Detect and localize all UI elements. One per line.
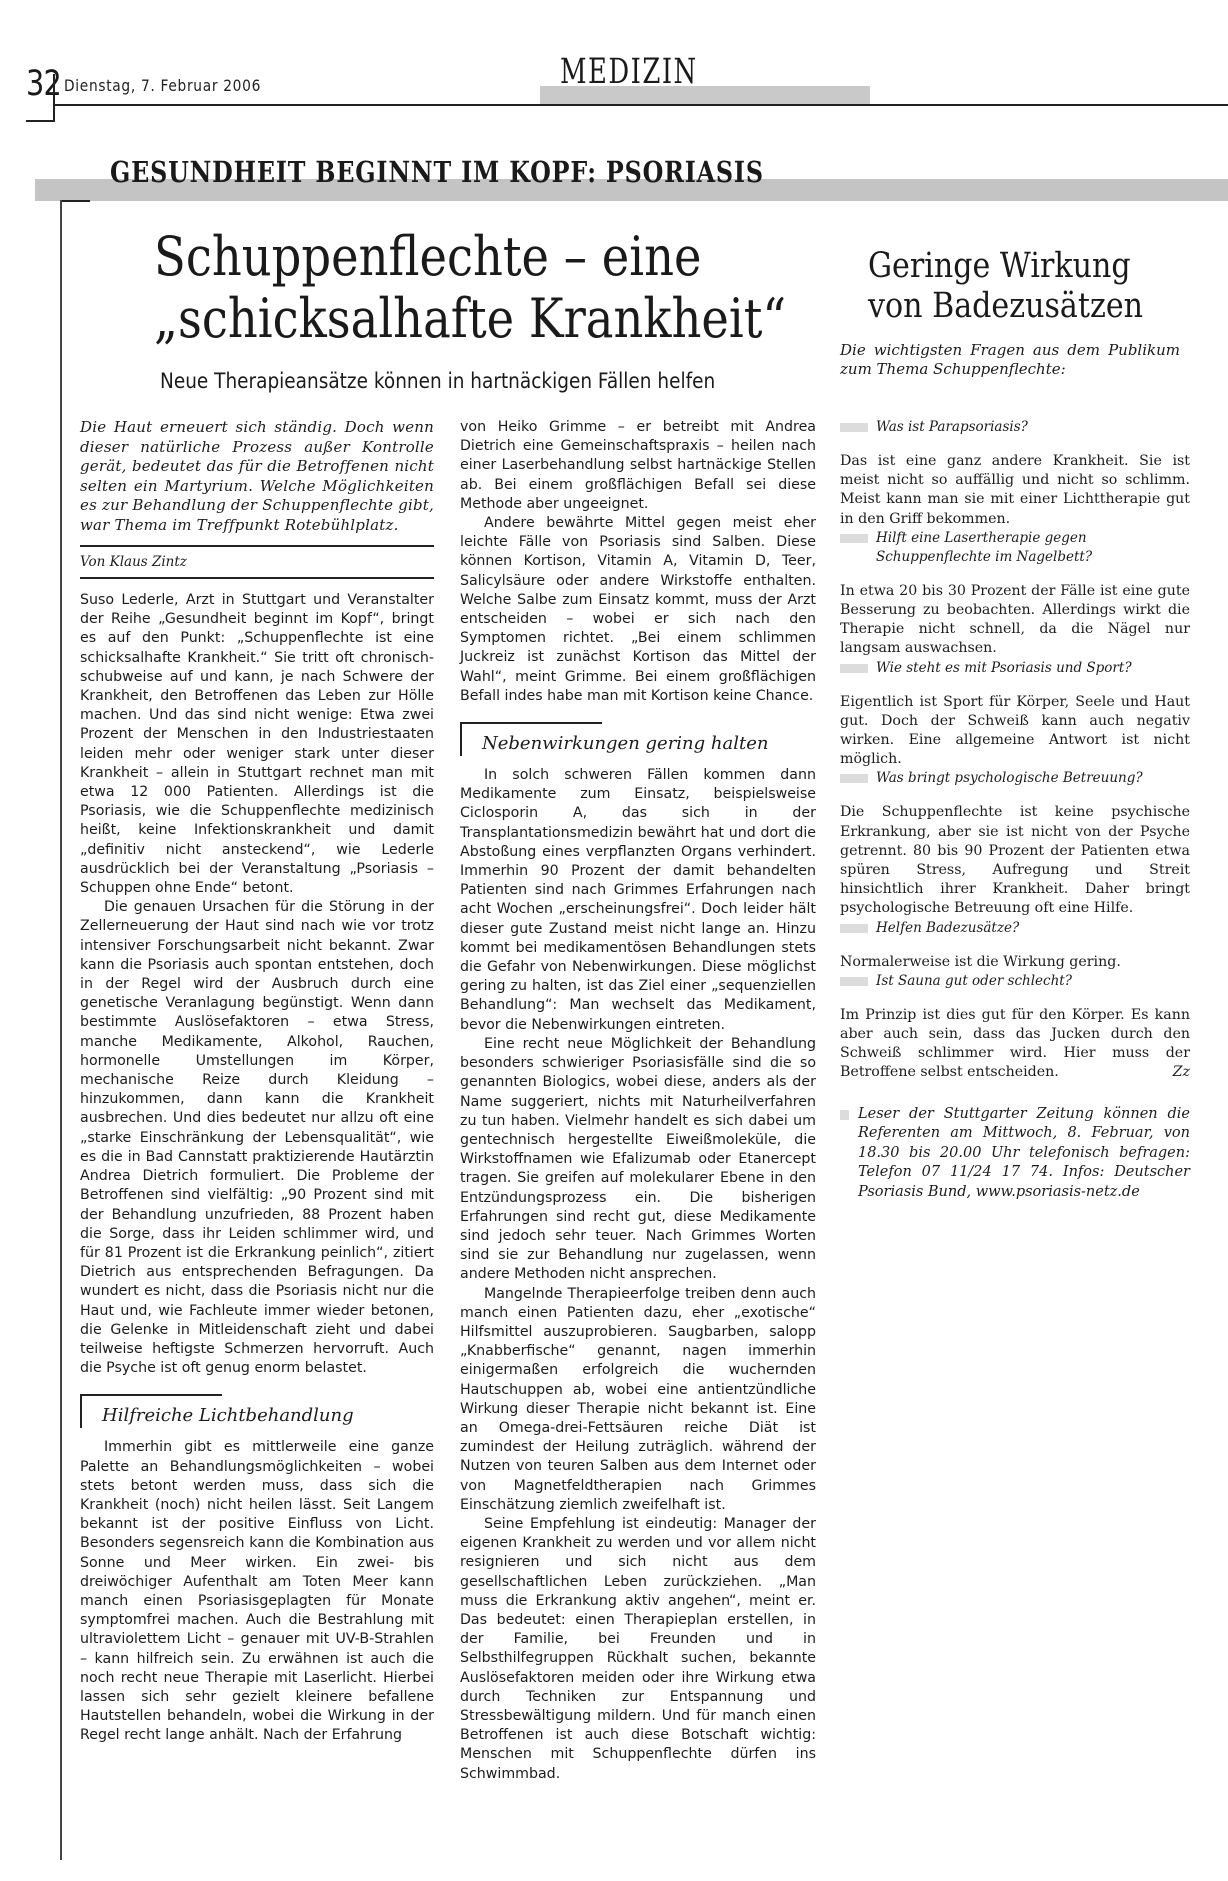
page-number-divider bbox=[53, 74, 55, 122]
body-paragraph: von Heiko Grimme – er betreibt mit Andre… bbox=[460, 418, 816, 514]
faq-question: Was bringt psychologische Betreuung? bbox=[840, 769, 1190, 788]
body-paragraph: Mangelnde Therapieerfolge treiben denn a… bbox=[460, 1285, 816, 1515]
body-paragraph: Eine recht neue Möglichkeit der Behandlu… bbox=[460, 1035, 816, 1285]
subsection-title: Hilfreiche Lichtbehandlung bbox=[102, 1404, 434, 1428]
frame-left-rule bbox=[60, 200, 62, 1860]
body-paragraph: Die genauen Ursachen für die Störung in … bbox=[80, 898, 434, 1378]
sidebar-intro: Die wichtigsten Fragen aus dem Publikum … bbox=[840, 341, 1180, 379]
square-bullet-icon bbox=[840, 924, 868, 933]
faq-answer: Normalerweise ist die Wirkung gering. bbox=[840, 953, 1190, 972]
faq-question: Was ist Parapsoriasis? bbox=[840, 418, 1190, 437]
faq-answer: Eigentlich ist Sport für Körper, Seele u… bbox=[840, 693, 1190, 770]
square-bullet-icon bbox=[840, 664, 868, 673]
square-bullet-icon bbox=[840, 977, 868, 986]
body-paragraph: In solch schweren Fällen kommen dann Med… bbox=[460, 766, 816, 1035]
faq-answer: In etwa 20 bis 30 Prozent der Fälle ist … bbox=[840, 582, 1190, 659]
faq-answer: Im Prinzip ist dies gut für den Körper. … bbox=[840, 1006, 1190, 1083]
square-bullet-icon bbox=[840, 1110, 849, 1120]
page-number: 32 bbox=[26, 64, 61, 104]
sidebar-faq: Was ist Parapsoriasis? Das ist eine ganz… bbox=[840, 418, 1190, 1202]
issue-date: Dienstag, 7. Februar 2006 bbox=[64, 76, 261, 96]
article-subheadline: Neue Therapieansätze können in hartnäcki… bbox=[160, 368, 715, 394]
headline-line-1: Schuppenflechte – eine bbox=[154, 226, 739, 288]
faq-answer: Die Schuppenflechte ist keine psychische… bbox=[840, 803, 1190, 918]
page-number-underline bbox=[26, 120, 54, 122]
article-column-1: Die Haut erneuert sich ständig. Doch wen… bbox=[80, 418, 434, 1746]
article-lead: Die Haut erneuert sich ständig. Doch wen… bbox=[80, 418, 434, 535]
header-rule bbox=[54, 104, 1228, 106]
subsection-heading-lichtbehandlung: Hilfreiche Lichtbehandlung bbox=[80, 1394, 434, 1428]
square-bullet-icon bbox=[840, 534, 868, 543]
byline-rule-bottom bbox=[80, 577, 434, 579]
faq-question: Helfen Badezusätze? bbox=[840, 919, 1190, 938]
byline: Von Klaus Zintz bbox=[80, 553, 434, 571]
body-paragraph: Suso Lederle, Arzt in Stuttgart und Vera… bbox=[80, 591, 434, 898]
body-paragraph: Immerhin gibt es mittlerweile eine ganze… bbox=[80, 1438, 434, 1745]
sidebar-headline-line-1: Geringe Wirkung bbox=[868, 246, 1143, 286]
sidebar-headline: Geringe Wirkung von Badezusätzen bbox=[868, 246, 1143, 326]
square-bullet-icon bbox=[840, 774, 868, 783]
byline-rule-top bbox=[80, 545, 434, 547]
sidebar-headline-line-2: von Badezusätzen bbox=[868, 286, 1143, 326]
faq-question: Hilft eine Lasertherapie gegen Schuppenf… bbox=[840, 529, 1190, 567]
body-paragraph: Seine Empfehlung ist eindeutig: Manager … bbox=[460, 1515, 816, 1784]
faq-question: Ist Sauna gut oder schlecht? bbox=[840, 972, 1190, 991]
reader-service-note: Leser der Stuttgarter Zeitung können die… bbox=[840, 1105, 1190, 1203]
faq-answer: Das ist eine ganz andere Krankheit. Sie … bbox=[840, 452, 1190, 529]
subsection-heading-nebenwirkungen: Nebenwirkungen gering halten bbox=[460, 722, 816, 756]
headline-line-2: „schicksalhafte Krankheit“ bbox=[154, 288, 739, 350]
faq-question: Wie steht es mit Psoriasis und Sport? bbox=[840, 659, 1190, 678]
frame-top-rule bbox=[60, 200, 90, 202]
article-column-2: von Heiko Grimme – er betreibt mit Andre… bbox=[460, 418, 816, 1784]
square-bullet-icon bbox=[840, 423, 868, 432]
body-paragraph: Andere bewährte Mittel gegen meist eher … bbox=[460, 514, 816, 706]
subsection-title: Nebenwirkungen gering halten bbox=[482, 732, 816, 756]
topic-title: GESUNDHEIT BEGINNT IM KOPF: PSORIASIS bbox=[110, 154, 764, 190]
author-initials: Zz bbox=[1173, 1063, 1190, 1082]
article-headline: Schuppenflechte – eine „schicksalhafte K… bbox=[154, 226, 739, 350]
section-title: MEDIZIN bbox=[560, 52, 698, 92]
